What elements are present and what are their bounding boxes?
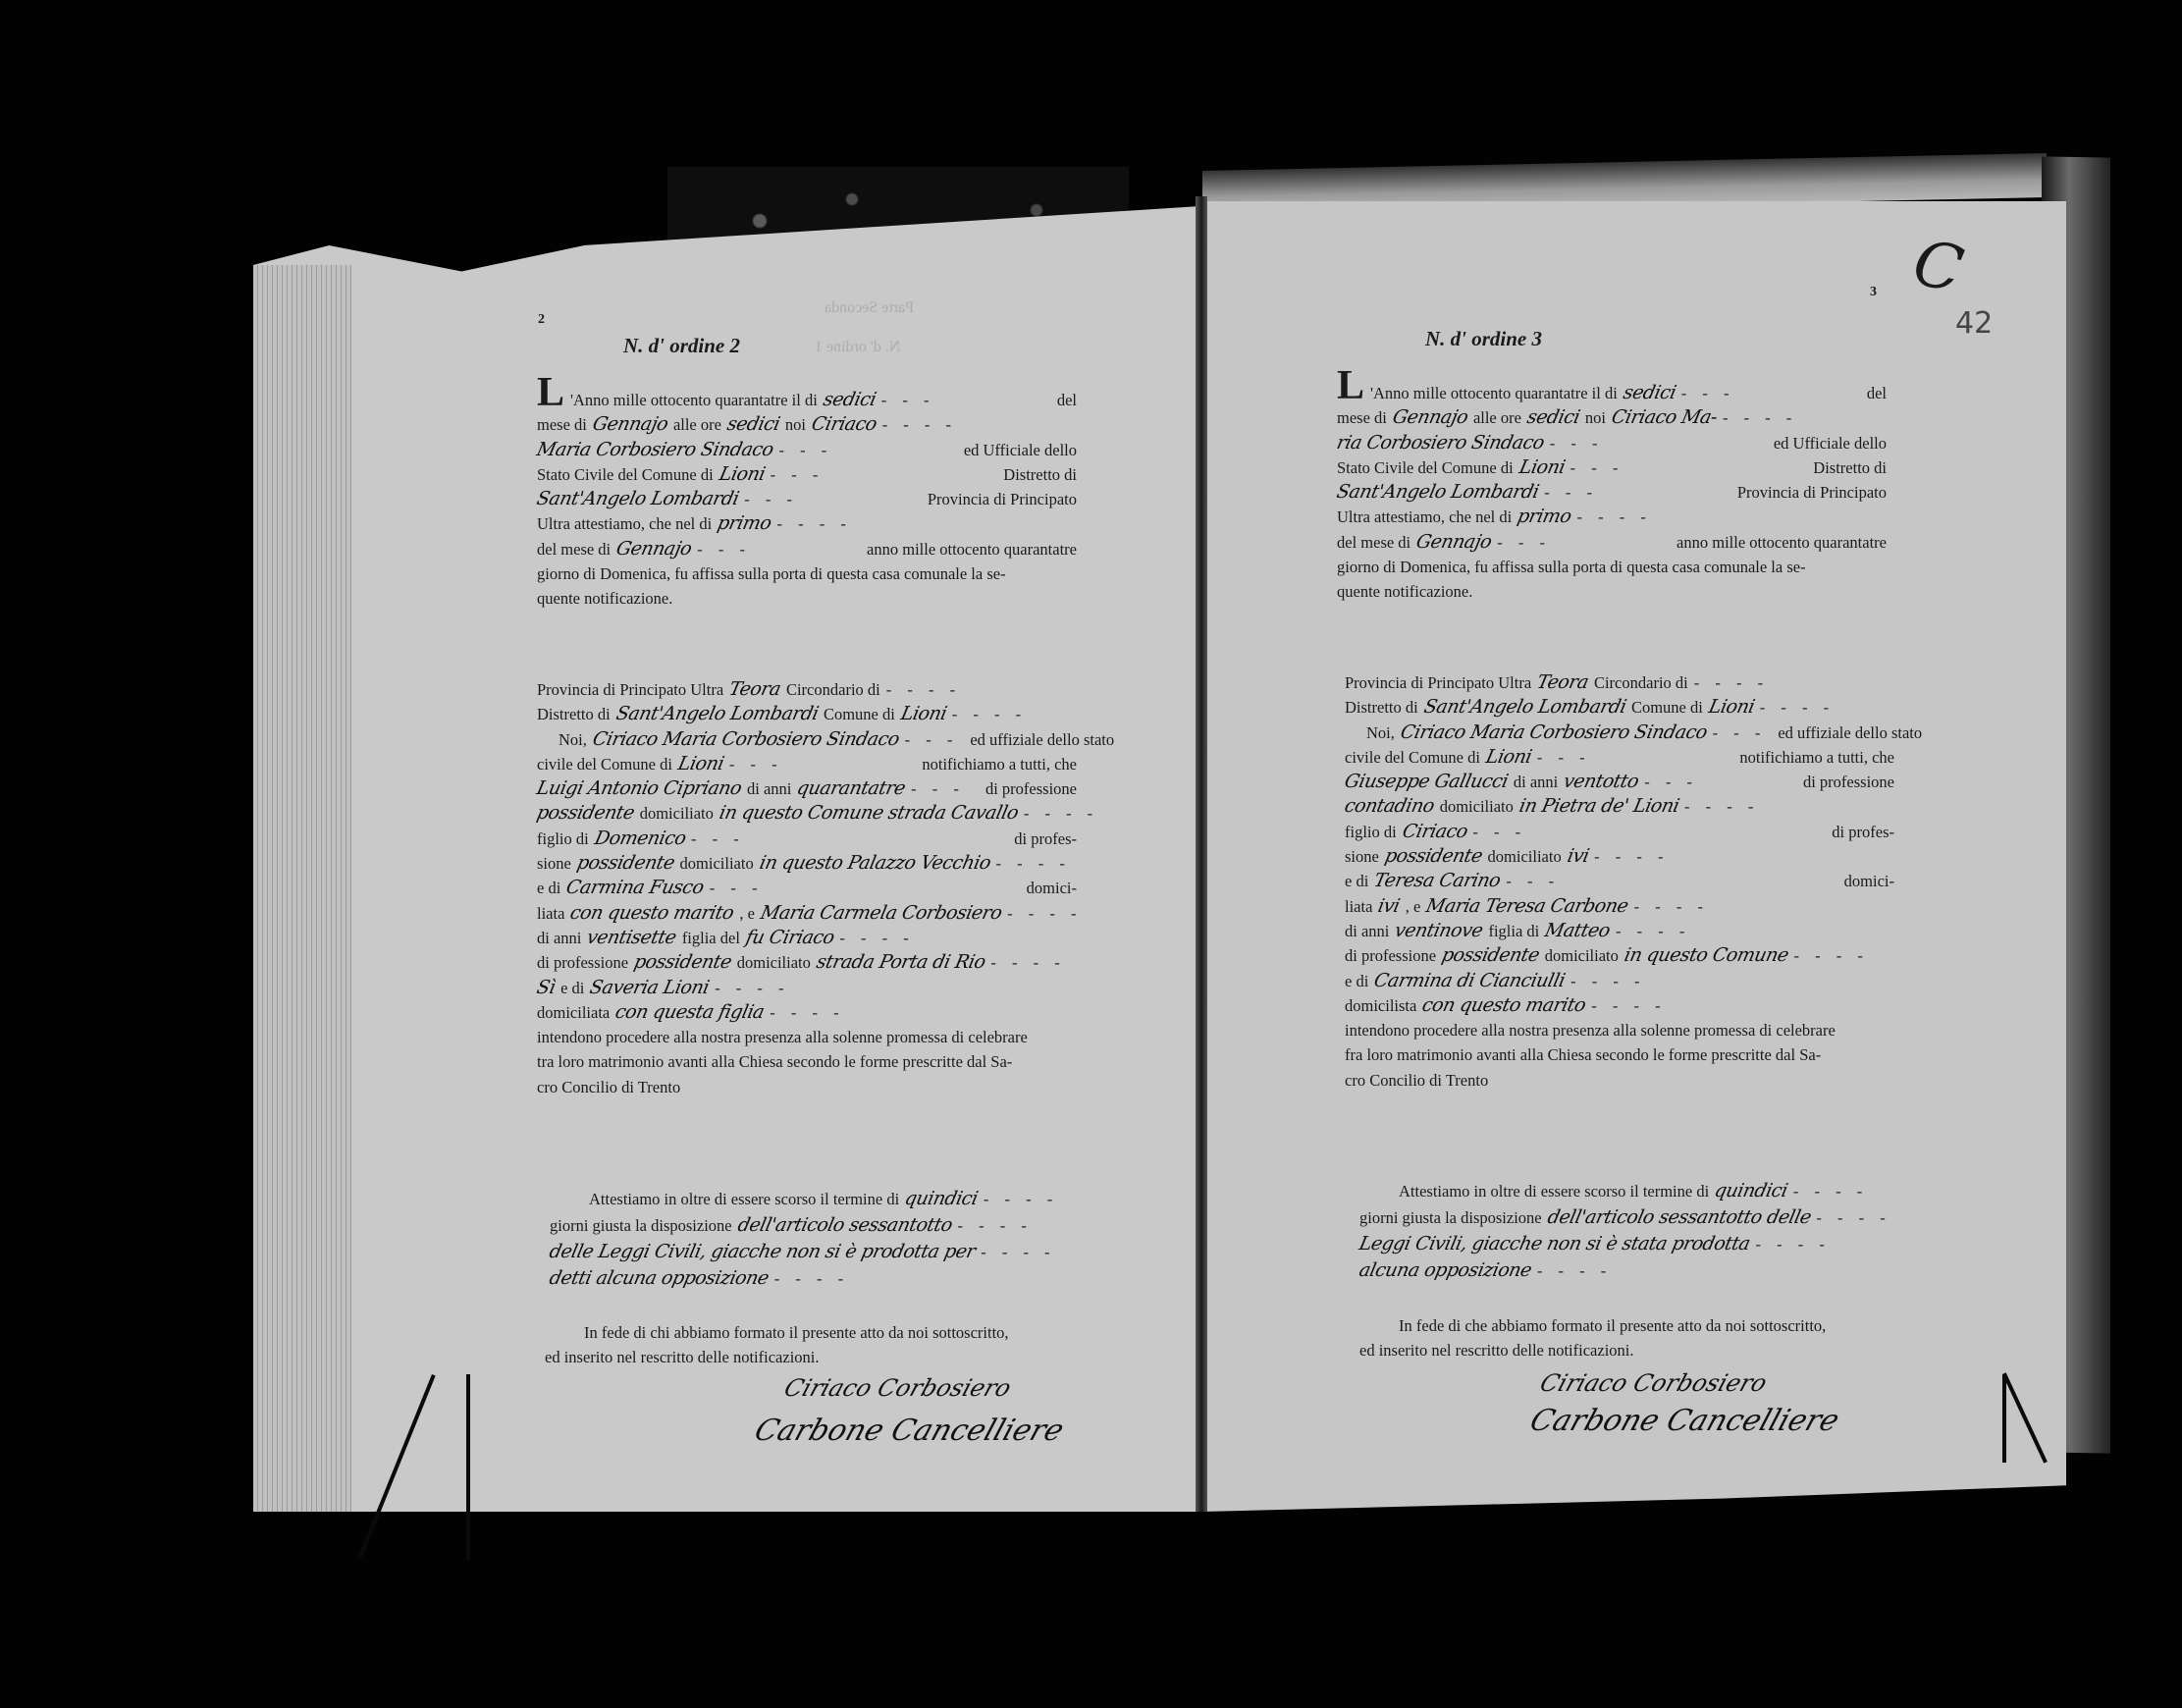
handwritten-entry: Ciriaco Maria Corbosiero Sindaco	[590, 727, 901, 752]
printed-text: sione	[1345, 844, 1379, 869]
form-line: tra loro matrimonio avanti alla Chiesa s…	[537, 1049, 1077, 1074]
handwritten-entry: delle Leggi Civili, giacche non si è pro…	[547, 1239, 978, 1264]
dash-leader: - - - -	[1591, 993, 1666, 1018]
printed-text: Comune di	[824, 702, 895, 726]
printed-text: cro Concilio di Trento	[1345, 1068, 1488, 1093]
handwritten-entry: Leggi Civili, giacche non si è stata pro…	[1357, 1231, 1752, 1256]
handwritten-entry: ivi	[1376, 894, 1403, 919]
printed-text: notifichiamo a tutti, che	[922, 752, 1077, 776]
dash-leader: - - -	[881, 388, 935, 412]
handwritten-entry: possidente	[1382, 844, 1484, 869]
page-number: 3	[1870, 285, 1877, 300]
closing-section: In fede di chi abbiamo formato il presen…	[545, 1320, 1075, 1370]
form-line: Provincia di Principato UltraTeoraCircon…	[1345, 670, 1894, 695]
form-line: mese diGennajoalle oresedicinoiCiriaco M…	[1337, 405, 1887, 430]
form-line: di anniventisettefiglia delfu Ciriaco- -…	[537, 926, 1077, 950]
handwritten-entry: possidente	[534, 801, 636, 826]
form-line: intendono procedere alla nostra presenza…	[537, 1025, 1077, 1049]
printed-text: civile del Comune di	[1345, 745, 1480, 770]
form-line: quente notificazione.	[1337, 579, 1887, 604]
handwritten-entry: strada Porta di Rio	[814, 950, 987, 975]
printed-text: Provincia di Principato Ultra	[1345, 670, 1531, 695]
form-line: liatacon questo marito, eMaria Carmela C…	[537, 901, 1077, 926]
form-line: del mese diGennajo- - -anno mille ottoce…	[1337, 530, 1887, 555]
form-line: Sant'Angelo Lombardi- - -Provincia di Pr…	[1337, 480, 1887, 505]
printed-text: domiciliato	[640, 801, 714, 826]
printed-text: liata	[537, 901, 564, 926]
handwritten-entry: alcuna opposizione	[1357, 1257, 1533, 1283]
printed-text: e di	[537, 876, 560, 900]
printed-text: di anni	[1345, 919, 1389, 943]
signature-sindaco: Ciriaco Corbosiero	[780, 1374, 1014, 1402]
printed-text: Ultra attestiamo, che nel di	[537, 511, 712, 536]
dash-leader: - - - -	[1684, 794, 1759, 819]
handwritten-entry: Gennajo	[613, 537, 693, 561]
form-line: Stato Civile del Comune diLioni- - -Dist…	[537, 462, 1077, 487]
printed-text: figlia di	[1488, 919, 1539, 943]
printed-text: del mese di	[1337, 530, 1410, 555]
form-line: fra loro matrimonio avanti alla Chiesa s…	[1345, 1042, 1894, 1067]
printed-text: liata	[1345, 894, 1372, 919]
attestation-section: Attestiamo in oltre di essere scorso il …	[1359, 1178, 1885, 1284]
printed-text: Comune di	[1631, 695, 1703, 720]
drop-cap: L	[537, 378, 564, 407]
dash-leader: - - - -	[995, 851, 1070, 876]
dash-leader: - - -	[729, 752, 783, 776]
binding-string	[2002, 1374, 2006, 1463]
dash-leader: - - - -	[1756, 1232, 1831, 1257]
form-line: quente notificazione.	[537, 586, 1077, 611]
form-line: e diCarmina di Cianciulli- - - -	[1345, 969, 1894, 993]
printed-text: domiciliato	[1440, 794, 1514, 819]
printed-text: figlio di	[537, 827, 589, 851]
dash-leader: - - -	[744, 487, 798, 511]
form-line: cro Concilio di Trento	[537, 1075, 1077, 1099]
printed-text: , e	[1406, 894, 1421, 919]
dash-leader: - - - -	[1793, 1179, 1868, 1204]
intro-paragraph: L'Anno mille ottocento quarantatre il di…	[1337, 371, 1887, 605]
dash-leader: - - -	[779, 438, 833, 462]
printed-text: alle ore	[1473, 405, 1521, 430]
handwritten-entry: fu Ciriaco	[743, 926, 836, 950]
printed-text: quente notificazione.	[1337, 579, 1472, 604]
form-line: L'Anno mille ottocento quarantatre il di…	[537, 378, 1077, 412]
form-line: Luigi Antonio Ciprianodi anniquarantatre…	[537, 776, 1077, 801]
dash-leader: - - - -	[1723, 405, 1797, 430]
printed-text: Ultra attestiamo, che nel di	[1337, 505, 1512, 529]
form-line: domicilistacon questo marito- - - -	[1345, 993, 1894, 1018]
handwritten-entry: Lioni	[1517, 455, 1567, 480]
handwritten-entry: Carmina Fusco	[564, 876, 707, 900]
printed-text: domiciliato	[1545, 943, 1619, 968]
form-line: Leggi Civili, giacche non si è stata pro…	[1359, 1231, 1885, 1257]
form-line: cro Concilio di Trento	[1345, 1068, 1894, 1093]
handwritten-entry: quarantatre	[795, 776, 908, 801]
printed-text: Circondario di	[786, 677, 880, 702]
printed-text: ed Ufficiale dello	[964, 438, 1077, 462]
printed-text: quente notificazione.	[537, 586, 672, 611]
printed-text: anno mille ottocento quarantatre	[867, 537, 1077, 561]
form-line: Attestiamo in oltre di essere scorso il …	[550, 1186, 1070, 1212]
dash-leader: - - - -	[886, 677, 961, 702]
dash-leader: - - - -	[981, 1240, 1055, 1265]
printed-text: Stato Civile del Comune di	[537, 462, 714, 487]
form-line: figlio diDomenico- - -di profes-	[537, 827, 1077, 851]
printed-text: domiciliato	[737, 950, 811, 975]
handwritten-entry: possidente	[631, 950, 733, 975]
form-line: Stato Civile del Comune diLioni- - -Dist…	[1337, 455, 1887, 480]
printed-text: sione	[537, 851, 571, 876]
form-line: e diTeresa Carino- - -domici-	[1345, 869, 1894, 893]
handwritten-entry: sedici	[821, 388, 878, 412]
attestation-section: Attestiamo in oltre di essere scorso il …	[550, 1186, 1070, 1292]
handwritten-entry: con questa figlia	[613, 1000, 767, 1025]
handwritten-entry: sedici	[1621, 381, 1677, 405]
form-line: delle Leggi Civili, giacche non si è pro…	[550, 1239, 1070, 1265]
form-line: giorni giusta la disposizionedell'artico…	[550, 1212, 1070, 1239]
handwritten-entry: ventotto	[1562, 770, 1641, 794]
dash-leader: - - -	[697, 537, 751, 561]
printed-text: 'Anno mille ottocento quarantatre il di	[570, 388, 818, 412]
handwritten-entry: Sant'Angelo Lombardi	[534, 487, 741, 511]
handwritten-entry: primo	[716, 511, 774, 536]
form-line: Ultra attestiamo, che nel diprimo- - - -	[537, 511, 1077, 536]
handwritten-entry: sedici	[724, 412, 781, 437]
page-number: 2	[538, 312, 545, 328]
handwritten-entry: possidente	[574, 851, 676, 876]
dash-leader: - - - -	[1577, 505, 1652, 529]
printed-text: Noi,	[559, 727, 587, 752]
drop-cap: L	[1337, 371, 1364, 400]
dash-leader: - - -	[710, 876, 764, 900]
form-line: civile del Comune diLioni- - -notifichia…	[537, 752, 1077, 776]
form-line: figlio diCiriaco- - -di profes-	[1345, 820, 1894, 844]
dash-leader: - - -	[1570, 455, 1624, 480]
record-title: N. d' ordine 2	[623, 334, 740, 358]
dash-leader: - - - -	[1570, 969, 1645, 993]
dash-leader: - - - -	[990, 950, 1065, 975]
dash-leader: - - - -	[1537, 1258, 1612, 1284]
dash-leader: - - -	[691, 827, 745, 851]
printed-text: di anni	[537, 926, 581, 950]
handwritten-entry: con questo marito	[1420, 993, 1588, 1018]
handwritten-entry: Sant'Angelo Lombardi	[1334, 480, 1541, 505]
printed-text: tra loro matrimonio avanti alla Chiesa s…	[537, 1049, 1012, 1074]
handwritten-entry: Teora	[726, 677, 782, 702]
printed-text: domiciliato	[680, 851, 754, 876]
printed-text: di professione	[1803, 770, 1894, 794]
form-line: giorno di Domenica, fu affissa sulla por…	[537, 561, 1077, 586]
printed-text: giorni giusta la disposizione	[1359, 1205, 1542, 1231]
handwritten-entry: in questo Comune	[1622, 943, 1790, 968]
printed-text: domici-	[1027, 876, 1077, 900]
handwritten-entry: Domenico	[592, 827, 688, 851]
printed-text: e di	[1345, 969, 1368, 993]
form-line: giorno di Domenica, fu affissa sulla por…	[1337, 555, 1887, 579]
printed-line: In fede di chi abbiamo formato il presen…	[545, 1320, 1075, 1345]
dash-leader: - - - -	[882, 412, 957, 437]
handwritten-entry: ventinove	[1393, 919, 1485, 943]
handwritten-entry: Gennajo	[1413, 530, 1493, 555]
printed-text: giorno di Domenica, fu affissa sulla por…	[1337, 555, 1806, 579]
handwritten-entry: Ciriaco	[1400, 820, 1469, 844]
printed-text: Distretto di	[1345, 695, 1418, 720]
form-line: di professionepossidentedomiciliatostrad…	[537, 950, 1077, 975]
handwritten-entry: Maria Carmela Corbosiero	[758, 901, 1004, 926]
handwritten-entry: Teresa Carino	[1372, 869, 1503, 893]
form-line: intendono procedere alla nostra presenza…	[1345, 1018, 1894, 1042]
printed-text: del mese di	[537, 537, 611, 561]
printed-text: Circondario di	[1594, 670, 1688, 695]
form-line: alcuna opposizione- - - -	[1359, 1257, 1885, 1284]
printed-text: e di	[560, 976, 584, 1000]
printed-text: ed uffiziale dello stato	[1778, 721, 1922, 745]
printed-text: di anni	[1514, 770, 1558, 794]
book-gutter	[1196, 196, 1207, 1512]
handwritten-entry: Matteo	[1543, 919, 1613, 943]
dash-leader: - - -	[1506, 869, 1560, 893]
form-line: Giuseppe Galluccidi anniventotto- - -di …	[1345, 770, 1894, 794]
handwritten-entry: Lioni	[717, 462, 767, 487]
printed-text: Provincia di Principato	[1737, 480, 1887, 505]
handwritten-entry: Saveria Lioni	[588, 976, 712, 1000]
printed-text: giorno di Domenica, fu affissa sulla por…	[537, 561, 1006, 586]
printed-text: , e	[739, 901, 755, 926]
printed-text: di professione	[537, 950, 628, 975]
handwritten-entry: sedici	[1524, 405, 1581, 430]
printed-text: notifichiamo a tutti, che	[1739, 745, 1894, 770]
form-line: Maria Corbosiero Sindaco- - -ed Ufficial…	[537, 438, 1077, 462]
printed-text: 'Anno mille ottocento quarantatre il di	[1370, 381, 1618, 405]
dash-leader: - - -	[771, 462, 825, 487]
form-line: Distretto diSant'Angelo LombardiComune d…	[1345, 695, 1894, 720]
form-line: civile del Comune diLioni- - -notifichia…	[1345, 745, 1894, 770]
signature-cancelliere: Carbone Cancelliere	[750, 1414, 1068, 1448]
intro-paragraph: L'Anno mille ottocento quarantatre il di…	[537, 378, 1077, 612]
form-line: L'Anno mille ottocento quarantatre il di…	[1337, 371, 1887, 405]
printed-text: domici-	[1844, 869, 1894, 893]
record-title: N. d' ordine 3	[1425, 327, 1542, 351]
dash-leader: - - -	[1497, 530, 1551, 555]
dash-leader: - - -	[1644, 770, 1698, 794]
printed-text: e di	[1345, 869, 1368, 893]
bleed-through-header: Parte Seconda	[825, 299, 914, 317]
closing-section: In fede di che abbiamo formato il presen…	[1359, 1313, 1909, 1363]
form-line: sionepossidentedomiciliatoin questo Pala…	[537, 851, 1077, 876]
printed-line: ed inserito nel rescritto delle notifica…	[545, 1345, 1075, 1369]
printed-text: civile del Comune di	[537, 752, 672, 776]
printed-text: di profes-	[1014, 827, 1077, 851]
handwritten-entry: Sì	[534, 976, 557, 1000]
form-line: giorni giusta la disposizionedell'artico…	[1359, 1204, 1885, 1231]
dash-leader: - - - -	[1634, 894, 1709, 919]
bleed-through-order: N. d' ordine 1	[815, 339, 900, 356]
form-line: Sìe diSaveria Lioni- - - -	[537, 976, 1077, 1000]
handwritten-entry: Lioni	[898, 702, 948, 726]
form-line: Provincia di Principato UltraTeoraCircon…	[537, 677, 1077, 702]
form-line: contadinodomiciliatoin Pietra de' Lioni-…	[1345, 794, 1894, 819]
dash-leader: - - - -	[1007, 901, 1082, 926]
printed-text: mese di	[537, 412, 587, 437]
printed-text: Distretto di	[1003, 462, 1077, 487]
handwritten-entry: Gennajo	[590, 412, 669, 437]
handwritten-entry: Ciriaco	[809, 412, 878, 437]
printed-text: Distretto di	[537, 702, 611, 726]
handwritten-entry: in questo Comune strada Cavallo	[717, 801, 1020, 826]
printed-text: Provincia di Principato	[928, 487, 1077, 511]
handwritten-entry: detti alcuna opposizione	[547, 1265, 771, 1291]
handwritten-entry: Maria Corbosiero Sindaco	[534, 438, 775, 462]
printed-text: domiciliata	[537, 1000, 610, 1025]
dash-leader: - - -	[1537, 745, 1591, 770]
form-line: mese diGennajoalle oresedicinoiCiriaco- …	[537, 412, 1077, 437]
signature-cancelliere: Carbone Cancelliere	[1525, 1404, 1843, 1438]
printed-text: ed uffiziale dello stato	[970, 727, 1114, 752]
form-line: possidentedomiciliatoin questo Comune st…	[537, 801, 1077, 826]
printed-text: Stato Civile del Comune di	[1337, 455, 1514, 480]
printed-text: di anni	[747, 776, 791, 801]
form-line: Ultra attestiamo, che nel diprimo- - - -	[1337, 505, 1887, 529]
dash-leader: - - - -	[958, 1213, 1033, 1239]
dash-leader: - - - -	[839, 926, 914, 950]
handwritten-entry: Lioni	[1483, 745, 1533, 770]
printed-text: del	[1057, 388, 1077, 412]
printed-text: domicilista	[1345, 993, 1416, 1018]
printed-text: Distretto di	[1813, 455, 1887, 480]
dash-leader: - - - -	[1024, 801, 1098, 826]
handwritten-entry: Ciriaco Maria Corbosiero Sindaco	[1398, 721, 1709, 745]
handwritten-entry: Lioni	[1706, 695, 1756, 720]
printed-text: Attestiamo in oltre di essere scorso il …	[1399, 1179, 1709, 1204]
dash-leader: - - - -	[1616, 919, 1690, 943]
dash-leader: - - -	[1472, 820, 1526, 844]
form-line: del mese diGennajo- - -anno mille ottoce…	[537, 537, 1077, 561]
printed-text: alle ore	[673, 412, 721, 437]
form-line: Noi,Ciriaco Maria Corbosiero Sindaco- - …	[1345, 721, 1894, 745]
handwritten-entry: ventisette	[585, 926, 679, 950]
handwritten-entry: Carmina di Cianciulli	[1372, 969, 1568, 993]
handwritten-entry: Teora	[1534, 670, 1590, 695]
dash-leader: - - -	[1713, 721, 1767, 745]
handwritten-entry: quindici	[902, 1186, 980, 1211]
printed-line: ed inserito nel rescritto delle notifica…	[1359, 1338, 1909, 1362]
printed-text: di profes-	[1832, 820, 1894, 844]
printed-text: Noi,	[1366, 721, 1395, 745]
printed-text: di professione	[1345, 943, 1436, 968]
form-line: Noi,Ciriaco Maria Corbosiero Sindaco- - …	[537, 727, 1077, 752]
form-line: liataivi, eMaria Teresa Carbone- - - -	[1345, 894, 1894, 919]
handwritten-entry: Lioni	[675, 752, 725, 776]
handwritten-entry: Sant'Angelo Lombardi	[613, 702, 821, 726]
dash-leader: - - - -	[774, 1266, 849, 1292]
dash-leader: - - - -	[952, 702, 1027, 726]
form-line: Attestiamo in oltre di essere scorso il …	[1359, 1178, 1885, 1204]
handwritten-entry: primo	[1516, 505, 1574, 529]
dash-leader: - - - -	[1694, 670, 1769, 695]
printed-text: figlia del	[682, 926, 740, 950]
form-line: e diCarmina Fusco- - -domici-	[537, 876, 1077, 900]
form-line: Sant'Angelo Lombardi- - -Provincia di Pr…	[537, 487, 1077, 511]
dash-leader: - - -	[1550, 431, 1604, 455]
dash-leader: - - - -	[777, 511, 852, 536]
dash-leader: - - - -	[770, 1000, 844, 1025]
handwritten-entry: dell'articolo sessantotto	[735, 1212, 954, 1238]
dash-leader: - - -	[1544, 480, 1598, 505]
printed-text: intendono procedere alla nostra presenza…	[537, 1025, 1028, 1049]
form-line: ria Corbosiero Sindaco- - -ed Ufficiale …	[1337, 431, 1887, 455]
printed-text: intendono procedere alla nostra presenza…	[1345, 1018, 1836, 1042]
form-line: domiciliatacon questa figlia- - - -	[537, 1000, 1077, 1025]
dash-leader: - - - -	[1760, 695, 1835, 720]
handwritten-entry: possidente	[1439, 943, 1541, 968]
binding-string	[466, 1374, 470, 1561]
dash-leader: - - - -	[715, 976, 789, 1000]
printed-text: noi	[1585, 405, 1606, 430]
printed-text: Attestiamo in oltre di essere scorso il …	[589, 1187, 899, 1212]
form-line: di anniventinovefiglia diMatteo- - - -	[1345, 919, 1894, 943]
printed-text: di professione	[985, 776, 1077, 801]
handwritten-entry: dell'articolo sessantotto delle	[1545, 1204, 1813, 1230]
printed-text: anno mille ottocento quarantatre	[1676, 530, 1887, 555]
handwritten-entry: ivi	[1565, 844, 1591, 869]
handwritten-entry: Maria Teresa Carbone	[1424, 894, 1631, 919]
printed-text: domiciliato	[1488, 844, 1562, 869]
form-line: Distretto diSant'Angelo LombardiComune d…	[537, 702, 1077, 726]
handwritten-entry: quindici	[1712, 1178, 1789, 1203]
dash-leader: - - - -	[1793, 943, 1868, 968]
handwritten-entry: Giuseppe Gallucci	[1342, 770, 1510, 794]
form-line: detti alcuna opposizione- - - -	[550, 1265, 1070, 1292]
printed-text: del	[1867, 381, 1887, 405]
handwritten-entry: Luigi Antonio Cipriano	[534, 776, 743, 801]
left-page-stack-edges	[253, 265, 351, 1512]
printed-text: ed Ufficiale dello	[1774, 431, 1887, 455]
notification-section: Provincia di Principato UltraTeoraCircon…	[1345, 670, 1894, 1093]
printed-text: Provincia di Principato Ultra	[537, 677, 723, 702]
notification-section: Provincia di Principato UltraTeoraCircon…	[537, 677, 1077, 1099]
handwritten-entry: in questo Palazzo Vecchio	[757, 851, 992, 876]
signature-sindaco: Ciriaco Corbosiero	[1536, 1369, 1770, 1397]
archive-annotation-number: 42	[1955, 306, 1993, 341]
handwritten-entry: con questo marito	[568, 901, 736, 926]
form-line: sionepossidentedomiciliatoivi- - - -	[1345, 844, 1894, 869]
handwritten-entry: Gennajo	[1390, 405, 1469, 430]
dash-leader: - - -	[1681, 381, 1735, 405]
printed-text: mese di	[1337, 405, 1387, 430]
printed-text: figlio di	[1345, 820, 1397, 844]
dash-leader: - - -	[905, 727, 959, 752]
dash-leader: - - - -	[1594, 844, 1669, 869]
form-line: di professionepossidentedomiciliatoin qu…	[1345, 943, 1894, 968]
printed-text: giorni giusta la disposizione	[550, 1213, 732, 1239]
printed-text: noi	[785, 412, 806, 437]
printed-line: In fede di che abbiamo formato il presen…	[1359, 1313, 1909, 1338]
handwritten-entry: ria Corbosiero Sindaco	[1334, 431, 1546, 455]
printed-text: fra loro matrimonio avanti alla Chiesa s…	[1345, 1042, 1821, 1067]
dash-leader: - - -	[911, 776, 965, 801]
handwritten-entry: in Pietra de' Lioni	[1517, 794, 1681, 819]
handwritten-entry: contadino	[1342, 794, 1436, 819]
handwritten-entry: Sant'Angelo Lombardi	[1421, 695, 1628, 720]
printed-text: cro Concilio di Trento	[537, 1075, 680, 1099]
dash-leader: - - - -	[984, 1187, 1058, 1212]
handwritten-entry: Ciriaco Ma-	[1609, 405, 1719, 430]
dash-leader: - - - -	[1816, 1205, 1890, 1231]
